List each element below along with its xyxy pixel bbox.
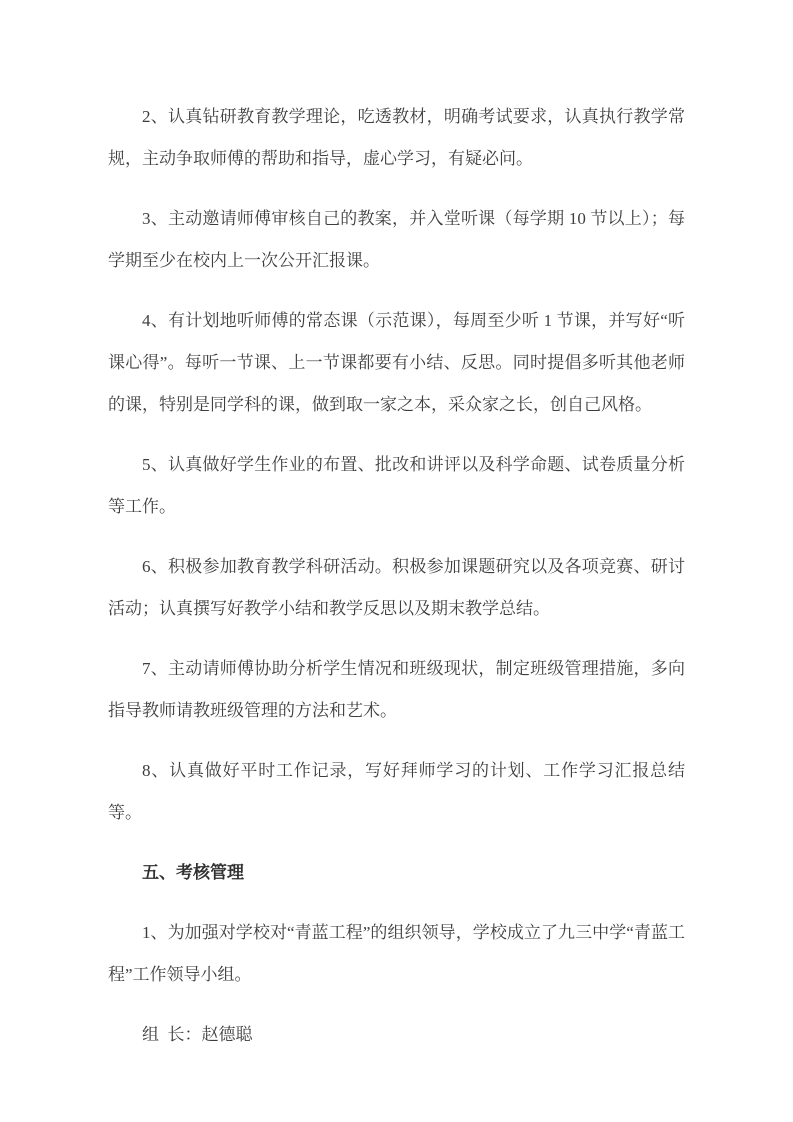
list-item-1-leading-group: 1、为加强对学校对“青蓝工程”的组织领导，学校成立了九三中学“青蓝工程”工作领导… xyxy=(108,912,685,996)
list-item-5: 5、认真做好学生作业的布置、批改和讲评以及科学命题、试卷质量分析等工作。 xyxy=(108,444,685,528)
list-item-4: 4、有计划地听师傅的常态课（示范课），每周至少听 1 节课，并写好“听课心得”。… xyxy=(108,300,685,426)
list-item-7: 7、主动请师傅协助分析学生情况和班级现状，制定班级管理措施，多向指导教师请教班级… xyxy=(108,648,685,732)
list-item-8: 8、认真做好平时工作记录，写好拜师学习的计划、工作学习汇报总结等。 xyxy=(108,750,685,834)
list-item-3: 3、主动邀请师傅审核自己的教案，并入堂听课（每学期 10 节以上）；每学期至少在… xyxy=(108,198,685,282)
section-heading-assessment-management: 五、考核管理 xyxy=(108,852,685,894)
document-page: 2、认真钻研教育教学理论，吃透教材，明确考试要求，认真执行教学常规，主动争取师傅… xyxy=(0,0,793,1122)
list-item-6: 6、积极参加教育教学科研活动。积极参加课题研究以及各项竞赛、研讨活动；认真撰写好… xyxy=(108,546,685,630)
list-item-2: 2、认真钻研教育教学理论，吃透教材，明确考试要求，认真执行教学常规，主动争取师傅… xyxy=(108,96,685,180)
group-leader-line: 组 长：赵德聪 xyxy=(108,1014,685,1056)
